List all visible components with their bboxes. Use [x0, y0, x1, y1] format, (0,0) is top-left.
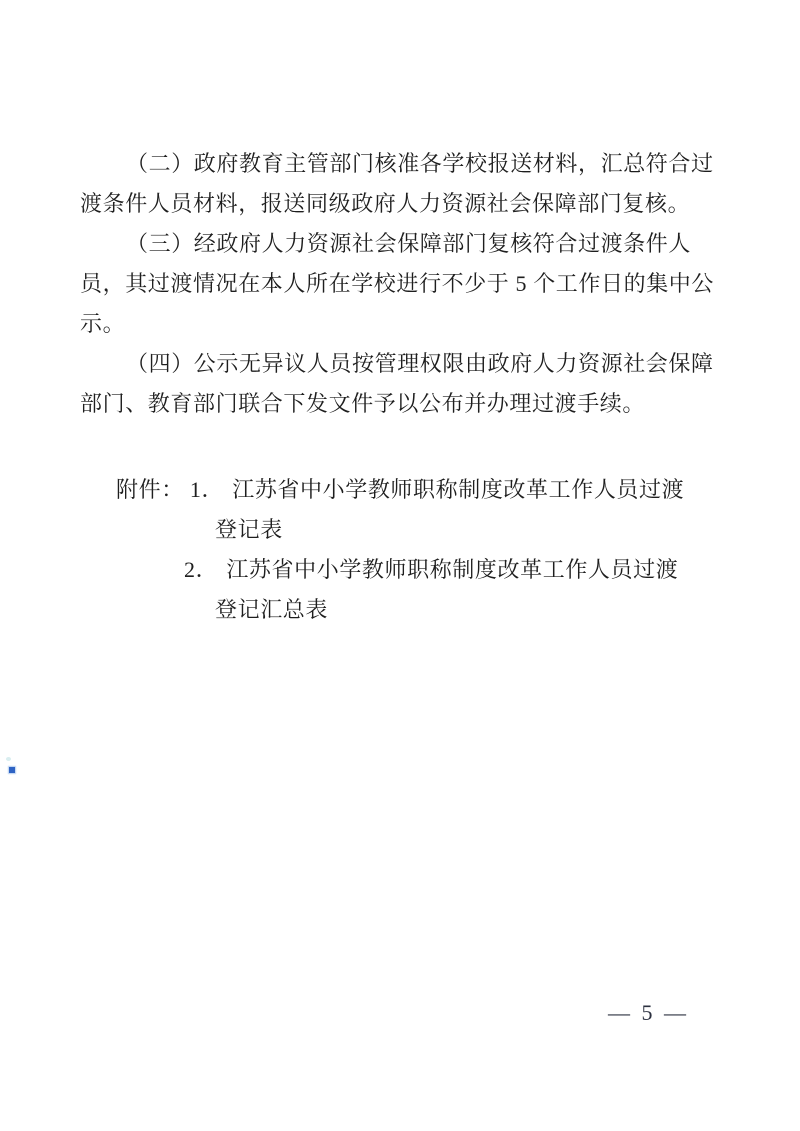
- paragraph-2-line-2: 渡条件人员材料，报送同级政府人力资源社会保障部门复核。: [80, 184, 692, 224]
- attachment-item-1-line-1: 附件： 1． 江苏省中小学教师职称制度改革工作人员过渡: [116, 470, 800, 510]
- document-body: （二）政府教育主管部门核准各学校报送材料，汇总符合过 渡条件人员材料，报送同级政…: [80, 144, 692, 424]
- attachments-section: 附件： 1． 江苏省中小学教师职称制度改革工作人员过渡 登记表 2． 江苏省中小…: [0, 470, 800, 630]
- scan-artifact-speck: [6, 757, 11, 761]
- paragraph-4-line-1: （四）公示无异议人员按管理权限由政府人力资源社会保障: [80, 344, 692, 384]
- paragraph-3-line-3: 示。: [80, 304, 692, 344]
- attachment-2-title-line-1: 江苏省中小学教师职称制度改革工作人员过渡: [226, 557, 678, 582]
- attachment-item-2-line-1: 2． 江苏省中小学教师职称制度改革工作人员过渡: [184, 550, 800, 590]
- attachments-label: 附件：: [116, 477, 184, 502]
- paragraph-3-line-2: 员，其过渡情况在本人所在学校进行不少于 5 个工作日的集中公: [80, 264, 692, 304]
- page-number: — 5 —: [608, 998, 689, 1028]
- attachment-1-number: 1．: [190, 477, 224, 502]
- paragraph-4-line-2: 部门、教育部门联合下发文件予以公布并办理过渡手续。: [80, 384, 692, 424]
- scan-artifact-dot: [9, 767, 15, 773]
- attachment-1-title-line-1: 江苏省中小学教师职称制度改革工作人员过渡: [232, 477, 684, 502]
- document-page: （二）政府教育主管部门核准各学校报送材料，汇总符合过 渡条件人员材料，报送同级政…: [0, 0, 800, 1131]
- paragraph-3-line-1: （三）经政府人力资源社会保障部门复核符合过渡条件人: [80, 224, 692, 264]
- paragraph-2-line-1: （二）政府教育主管部门核准各学校报送材料，汇总符合过: [80, 144, 692, 184]
- attachment-1-title-line-2: 登记表: [215, 510, 800, 550]
- attachment-2-number: 2．: [184, 557, 218, 582]
- attachment-2-title-line-2: 登记汇总表: [215, 590, 800, 630]
